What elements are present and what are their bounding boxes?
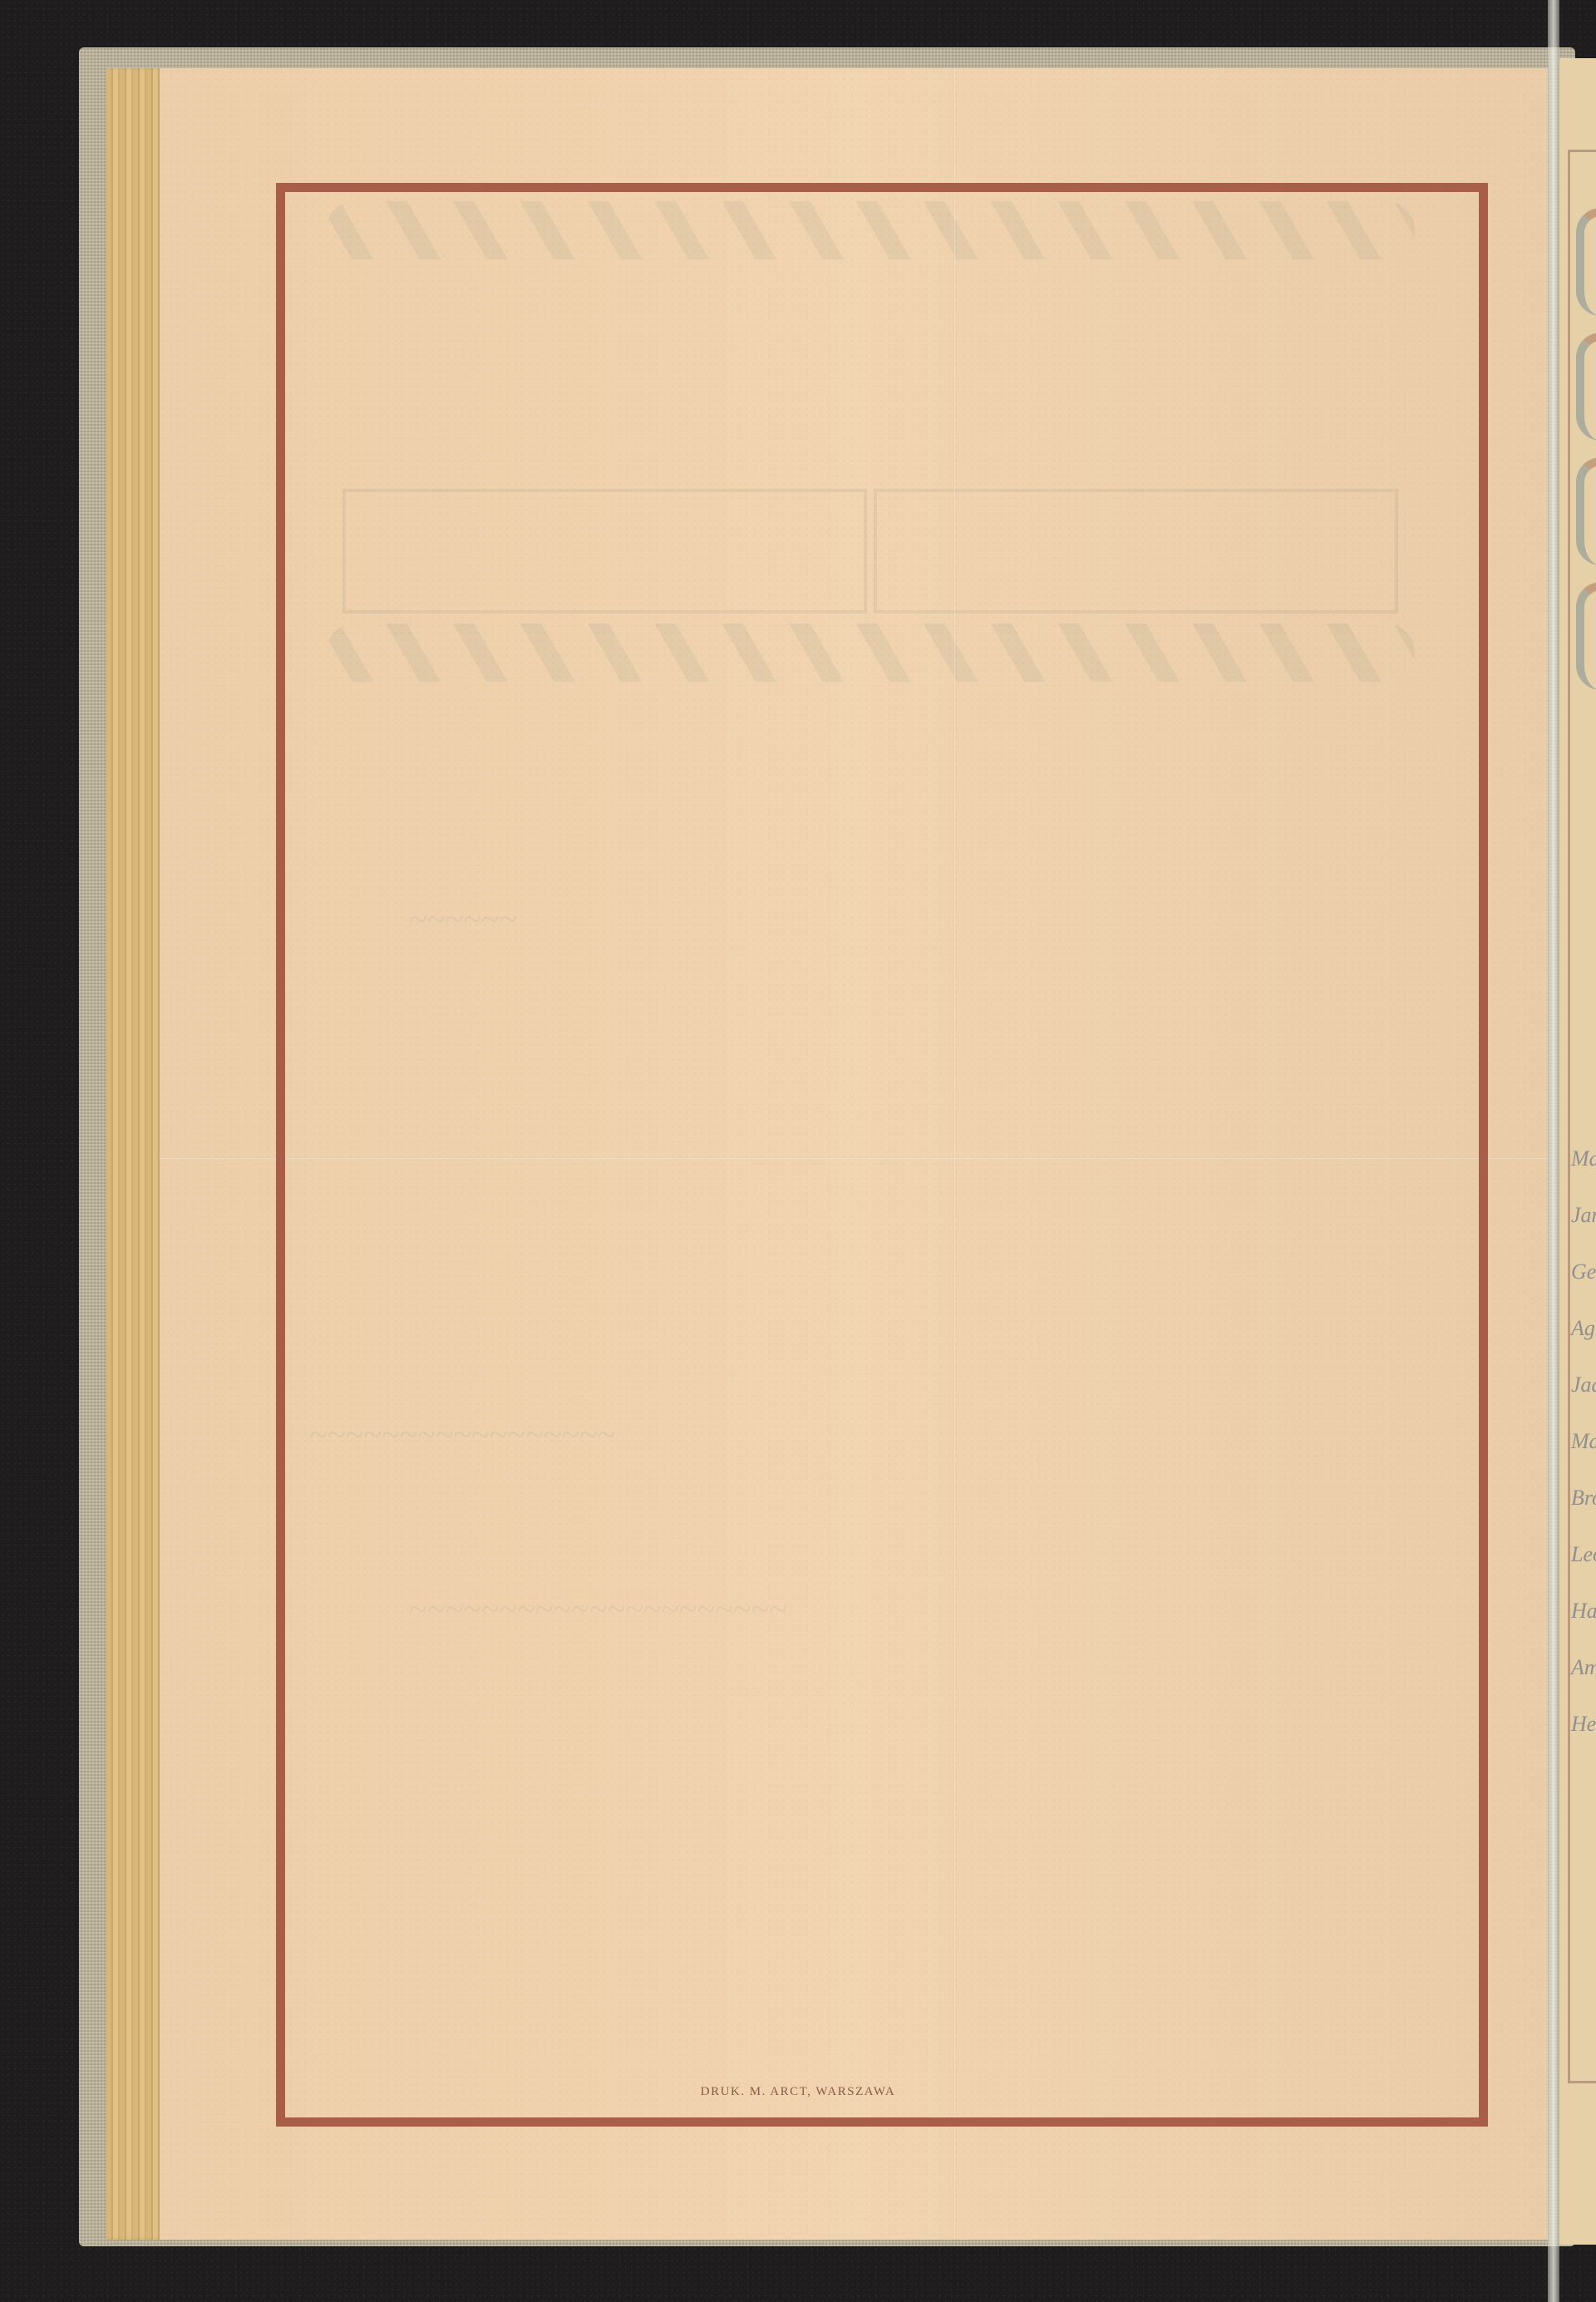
adjacent-page-frame — [1568, 150, 1596, 2083]
ornament-icon — [1576, 333, 1596, 441]
adjacent-page: Ma Jan Ge Agn Jadw Ma Bron Leon Halen Am… — [1559, 58, 1596, 2245]
decorative-frame — [276, 183, 1488, 2127]
handwritten-names: Ma Jan Ge Agn Jadw Ma Bron Leon Halen Am… — [1571, 1131, 1596, 1752]
printer-imprint: DRUK. M. ARCT, WARSZAWA — [0, 2085, 1596, 2099]
page: ~~~~~~ ~~~~~~~~~~~~~~~~~ ~~~~~~~~~~~~~~~… — [160, 68, 1548, 2240]
ornament-icon — [1576, 582, 1596, 690]
ornament-icon — [1576, 457, 1596, 565]
transparent-divider — [1548, 0, 1559, 2302]
page-edges — [106, 68, 161, 2240]
ornament-icon — [1576, 208, 1596, 316]
